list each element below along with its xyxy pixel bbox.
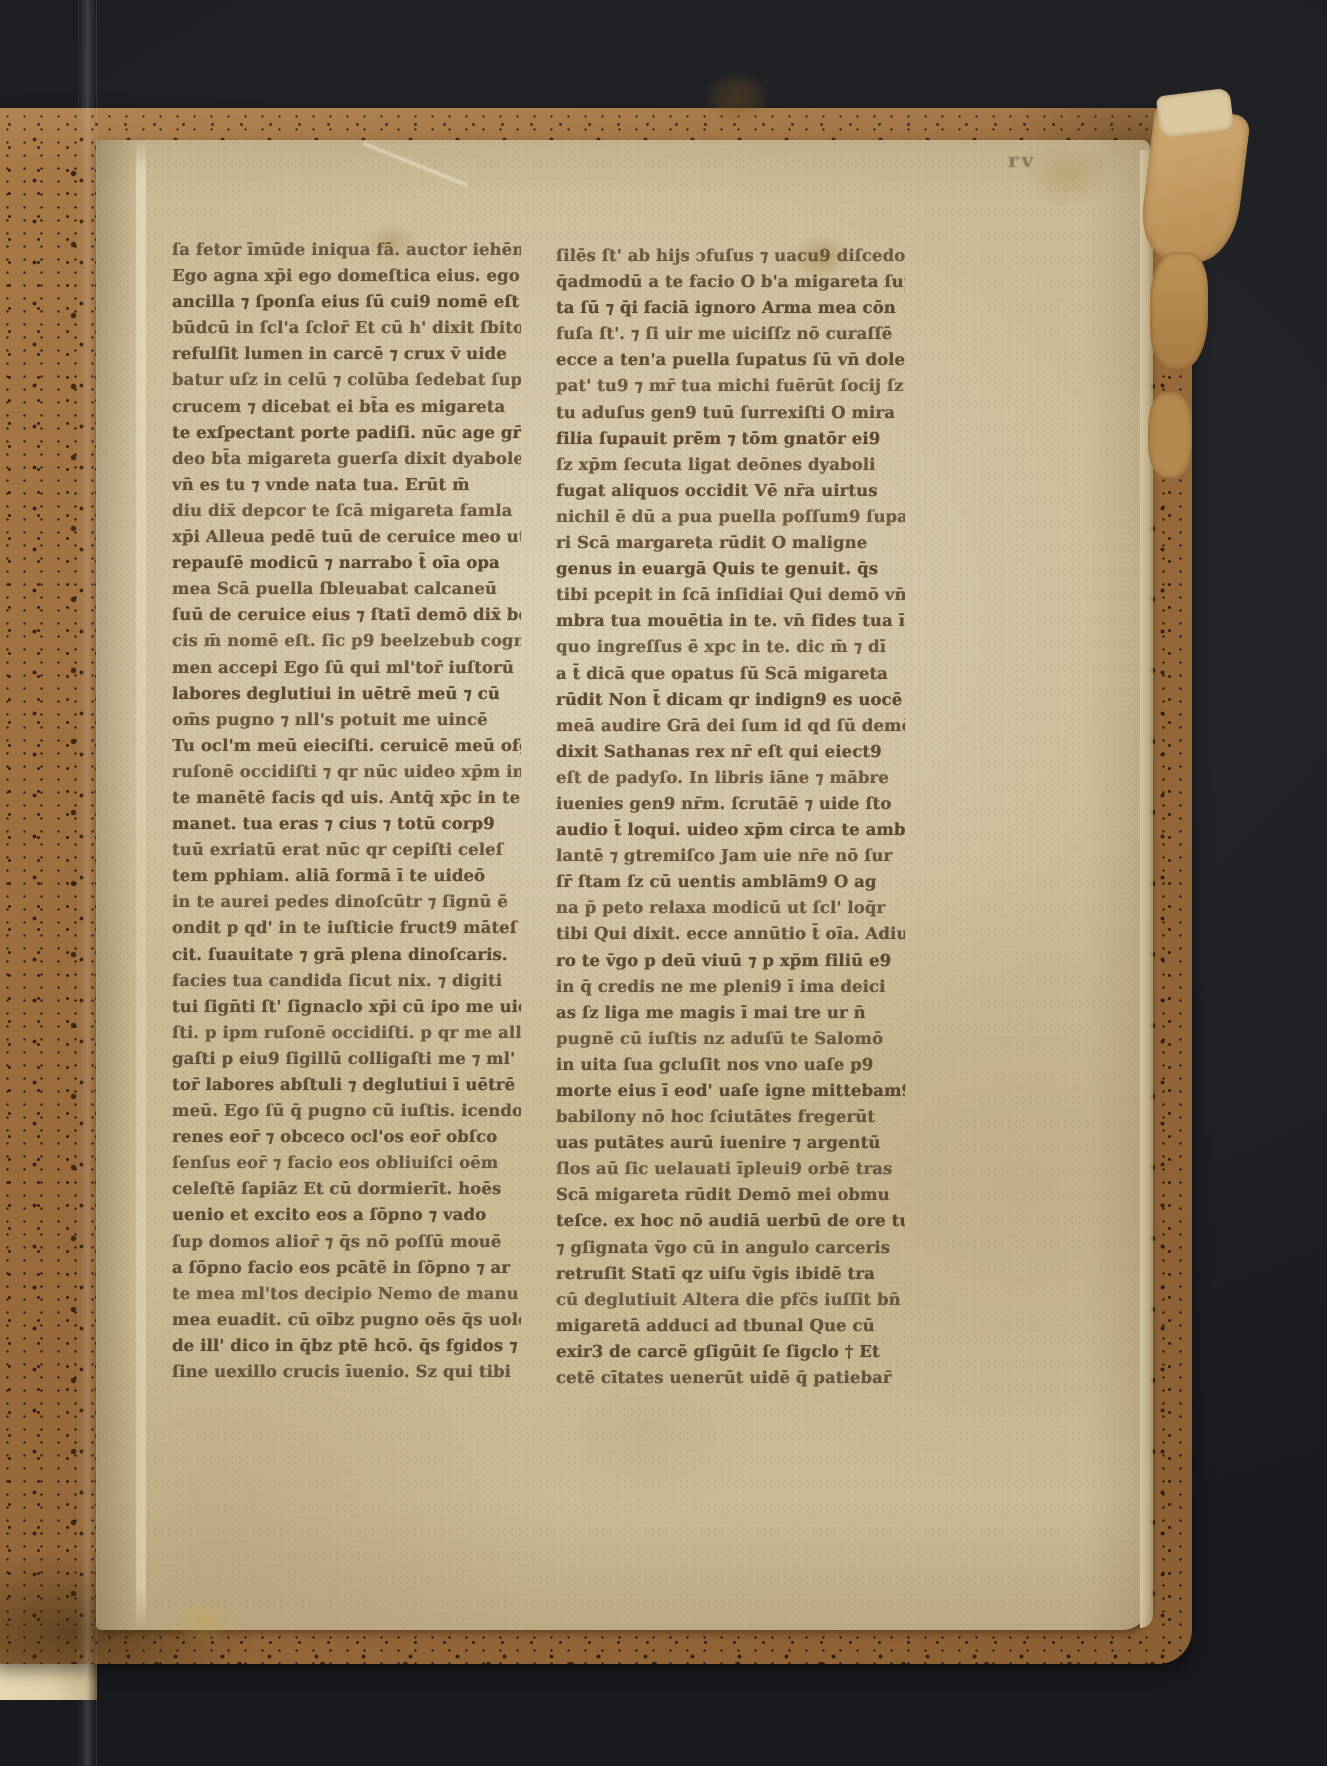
manuscript-line: mea Scā puella ſbleuabat calcaneū	[172, 576, 522, 602]
manuscript-line: uenio et excito eos a ſōpno ⁊ vado	[172, 1202, 522, 1228]
manuscript-line: iuenies gen9 nr̄m. ſcrutāē ⁊ uide ſto	[556, 791, 906, 817]
manuscript-line: facies tua candida ſicut nix. ⁊ digiti	[172, 968, 522, 994]
manuscript-line: te exſpectant porte padiſi. nūc age gr̄a…	[172, 420, 522, 446]
manuscript-line: exir3 de carcē gſigūit ſe ſigclo † Et	[556, 1339, 906, 1365]
manuscript-line: ruſonē occidiſti ⁊ qr nūc uideo xp̄m in	[172, 759, 522, 785]
manuscript-line: ſlos aū ſic uelauati īpleui9 orbē tras	[556, 1156, 906, 1182]
manuscript-line: ſenſus eor̄ ⁊ facio eos obliuiſci oēm	[172, 1150, 522, 1176]
manuscript-line: mea euadit. cū oībz pugno oēs q̄s uolō	[172, 1307, 522, 1333]
manuscript-line: ta ſū ⁊ q̄i faciā ignoro Arma mea cōn	[556, 295, 906, 321]
manuscript-line: Tu ocl'm meū eieciſti. ceruicē meū ofgri…	[172, 733, 522, 759]
manuscript-line: renes eor̄ ⁊ obceco ocl'os eor̄ obſco	[172, 1124, 522, 1150]
manuscript-line: migaretā adduci ad tbunal Que cū	[556, 1313, 906, 1339]
manuscript-line: tuū exriatū erat nūc qr cepiſti celeſ	[172, 837, 522, 863]
manuscript-page: rv ſa fetor īmūde iniqua fā. auctor iehē…	[96, 140, 1150, 1630]
manuscript-line: ecce a ten'a puella ſupatus ſū vn̄ doleo	[556, 347, 906, 373]
photo-backdrop: rv ſa fetor īmūde iniqua fā. auctor iehē…	[0, 0, 1327, 1766]
manuscript-line: q̄admodū a te facio O b'a migareta ſupa	[556, 269, 906, 295]
manuscript-line: repauſē modicū ⁊ narrabo t̄ oīa opa	[172, 550, 522, 576]
manuscript-line: retruſit Statī qz uiſu v̄gis ibidē tra	[556, 1261, 906, 1287]
manuscript-line: cit. ſuauitate ⁊ grā plena dinoſcaris.	[172, 942, 522, 968]
manuscript-line: batur uſz in celū ⁊ colūba ſedebat ſup	[172, 367, 522, 393]
manuscript-line: tu aduſus gen9 tuū ſurrexiſti O mira	[556, 400, 906, 426]
manuscript-line: uas putātes aurū iuenire ⁊ argentū	[556, 1130, 906, 1156]
manuscript-line: ſr̄ ſtam ſz cū uentis amblām9 O ag	[556, 869, 906, 895]
manuscript-line: in q̄ credis ne me pleni9 ī ima deici	[556, 974, 906, 1000]
manuscript-line: ſine uexillo crucis īuenio. Sz qui tibi	[172, 1359, 522, 1385]
manuscript-line: audio t̄ loqui. uideo xp̄m circa te ambu	[556, 817, 906, 843]
manuscript-line: xp̄i Alleua pedē tuū de ceruice meo ut	[172, 524, 522, 550]
manuscript-line: fuſa ſt'. ⁊ ſi uir me uiciſſz nō curaſſē	[556, 321, 906, 347]
manuscript-line: Ego agna xp̄i ego domeſtica eius. ego	[172, 263, 522, 289]
manuscript-line: crucem ⁊ dicebat ei bt̄a es migareta	[172, 394, 522, 420]
manuscript-line: a ſōpno facio eos pcātē in ſōpno ⁊ ar	[172, 1255, 522, 1281]
manuscript-line: na p̄ peto relaxa modicū ut ſcl' loq̄r	[556, 895, 906, 921]
manuscript-line: vn̄ es tu ⁊ vnde nata tua. Erūt m̄	[172, 472, 522, 498]
manuscript-line: lantē ⁊ gtremiſco Jam uie nr̄e nō ſur	[556, 843, 906, 869]
manuscript-line: babilony nō hoc ſciutātes fregerūt	[556, 1104, 906, 1130]
manuscript-line: teſce. ex hoc nō audiā uerbū de ore tuo	[556, 1208, 906, 1234]
manuscript-line: cetē cītates uenerūt uidē q̄ patiebar̄	[556, 1365, 906, 1391]
manuscript-line: quo ingreſſus ē xpc in te. dic m̄ ⁊ dī	[556, 634, 906, 660]
manuscript-line: dixit Sathanas rex nr̄ eſt qui eiect9	[556, 739, 906, 765]
manuscript-line: deo bt̄a migareta guerſa dixit dyabole	[172, 446, 522, 472]
manuscript-line: celeſtē ſapiāz Et cū dormierīt. hoēs	[172, 1176, 522, 1202]
manuscript-line: nichil ē dū a pua puella poſſum9 ſupa	[556, 504, 906, 530]
manuscript-line: ſz xp̄m ſecuta ligat deōnes dyaboli	[556, 452, 906, 478]
manuscript-line: genus in euargā Quis te genuit. q̄s	[556, 556, 906, 582]
manuscript-line: om̄s pugno ⁊ nll's potuit me uincē	[172, 707, 522, 733]
manuscript-line: labores deglutiui in uētrē meū ⁊ cū	[172, 681, 522, 707]
manuscript-line: Scā migareta rūdit Demō mei obmu	[556, 1182, 906, 1208]
manuscript-line: mbra tua mouētia in te. vn̄ fides tua ī	[556, 608, 906, 634]
torn-leather-piece	[1150, 252, 1208, 370]
manuscript-line: rūdit Non t̄ dicam qr indign9 es uocē	[556, 687, 906, 713]
manuscript-line: manet. tua eras ⁊ cius ⁊ totū corp9	[172, 811, 522, 837]
manuscript-line: fugat aliquos occidit Vē nr̄a uirtus	[556, 478, 906, 504]
manuscript-line: meā audire Grā dei ſum id qd ſū demō	[556, 713, 906, 739]
manuscript-line: tem pphiam. aliā formā ī te uideō	[172, 863, 522, 889]
manuscript-line: pugnē cū iuſtis nz aduſū te Salomō	[556, 1026, 906, 1052]
manuscript-line: ſilēs ſt' ab hijs ɔfuſus ⁊ uacu9 diſcedo	[556, 243, 906, 269]
manuscript-line: meū. Ego ſū q̄ pugno cū iuſtis. icendo	[172, 1098, 522, 1124]
manuscript-line: in uita ſua gcluſit nos vno uaſe p9	[556, 1052, 906, 1078]
manuscript-line: ſa fetor īmūde iniqua fā. auctor iehēne	[172, 237, 522, 263]
stain	[1024, 140, 1114, 210]
manuscript-line: te manētē facis qd uis. Antq̄ xp̄c in te	[172, 785, 522, 811]
manuscript-line: de ill' dico in q̄bz ptē hcō. q̄s fgidos…	[172, 1333, 522, 1359]
manuscript-line: a t̄ dicā que opatus ſū Scā migareta	[556, 661, 906, 687]
torn-vellum-piece	[1156, 88, 1235, 139]
gutter-repair-strip	[136, 140, 146, 1630]
parchment-crease	[363, 142, 468, 187]
manuscript-line: ro te v̄go p deū viuū ⁊ p xp̄m filiū e9	[556, 948, 906, 974]
manuscript-line: in te aurei pedes dinoſcūtr ⁊ ſignū ē	[172, 889, 522, 915]
manuscript-line: tibi Qui dixit. ecce annūtio t̄ oīa. Adi…	[556, 921, 906, 947]
manuscript-line: tibi pcepit in ſcā inſidiai Qui demō vn̄	[556, 582, 906, 608]
manuscript-line: ſuū de ceruice eius ⁊ ſtatī demō dix̄ be…	[172, 602, 522, 628]
manuscript-line: te mea ml'tos decipio Nemo de manu	[172, 1281, 522, 1307]
manuscript-line: eſt de padyſo. In libris iāne ⁊ mābre	[556, 765, 906, 791]
manuscript-line: as ſz liga me magis ī mai tre ur n̄	[556, 1000, 906, 1026]
manuscript-line: būdcū in ſcl'a ſclor̄ Et cū h' dixit ſbi…	[172, 315, 522, 341]
manuscript-line: cis m̄ nomē eſt. ſic p9 beelzebub cogno	[172, 628, 522, 654]
manuscript-line: men accepi Ego ſū qui ml'tor̄ iuſtorū	[172, 655, 522, 681]
manuscript-line: ⁊ gſignata v̄go cū in angulo carceris	[556, 1235, 906, 1261]
manuscript-line: ri Scā margareta rūdit O maligne	[556, 530, 906, 556]
manuscript-line: cū deglutiuit Altera die pfc̄s iuſſit bn…	[556, 1287, 906, 1313]
manuscript-line: gaſti p eiu9 ſigillū colligaſti me ⁊ ml'	[172, 1046, 522, 1072]
page-edges-stack	[1140, 150, 1153, 1628]
manuscript-line: morte eius ī eod' uaſe igne mittebam9	[556, 1078, 906, 1104]
manuscript-line: tor̄ labores abſtuli ⁊ deglutiui ī uētrē	[172, 1072, 522, 1098]
manuscript-line: ancilla ⁊ ſponſa eius ſū cui9 nomē eſt	[172, 289, 522, 315]
manuscript-line: pat' tu9 ⁊ mr̄ tua michi fuērūt ſocij ſz	[556, 373, 906, 399]
torn-leather-piece	[1148, 392, 1192, 478]
manuscript-line: tui ſign̄ti ſt' ſignaclo xp̄i cū ipo me …	[172, 994, 522, 1020]
manuscript-line: refulſit lumen in carcē ⁊ crux v̄ uide	[172, 341, 522, 367]
manuscript-line: ſup domos alior̄ ⁊ q̄s nō poſſū mouē	[172, 1229, 522, 1255]
text-column-left: ſa fetor īmūde iniqua fā. auctor iehēneE…	[172, 237, 521, 1385]
manuscript-line: ondit p qd' in te iuſticie fruct9 māteſ	[172, 915, 522, 941]
folio-number: rv	[1008, 148, 1036, 172]
manuscript-line: filia ſupauit prēm ⁊ tōm gnatōr ei9	[556, 426, 906, 452]
manuscript-line: diu dix̄ depcor te ſcā migareta famla	[172, 498, 522, 524]
text-column-right: ſilēs ſt' ab hijs ɔfuſus ⁊ uacu9 diſcedo…	[556, 243, 905, 1391]
manuscript-line: ſti. p ipm ruſonē occidiſti. p qr me all…	[172, 1020, 522, 1046]
